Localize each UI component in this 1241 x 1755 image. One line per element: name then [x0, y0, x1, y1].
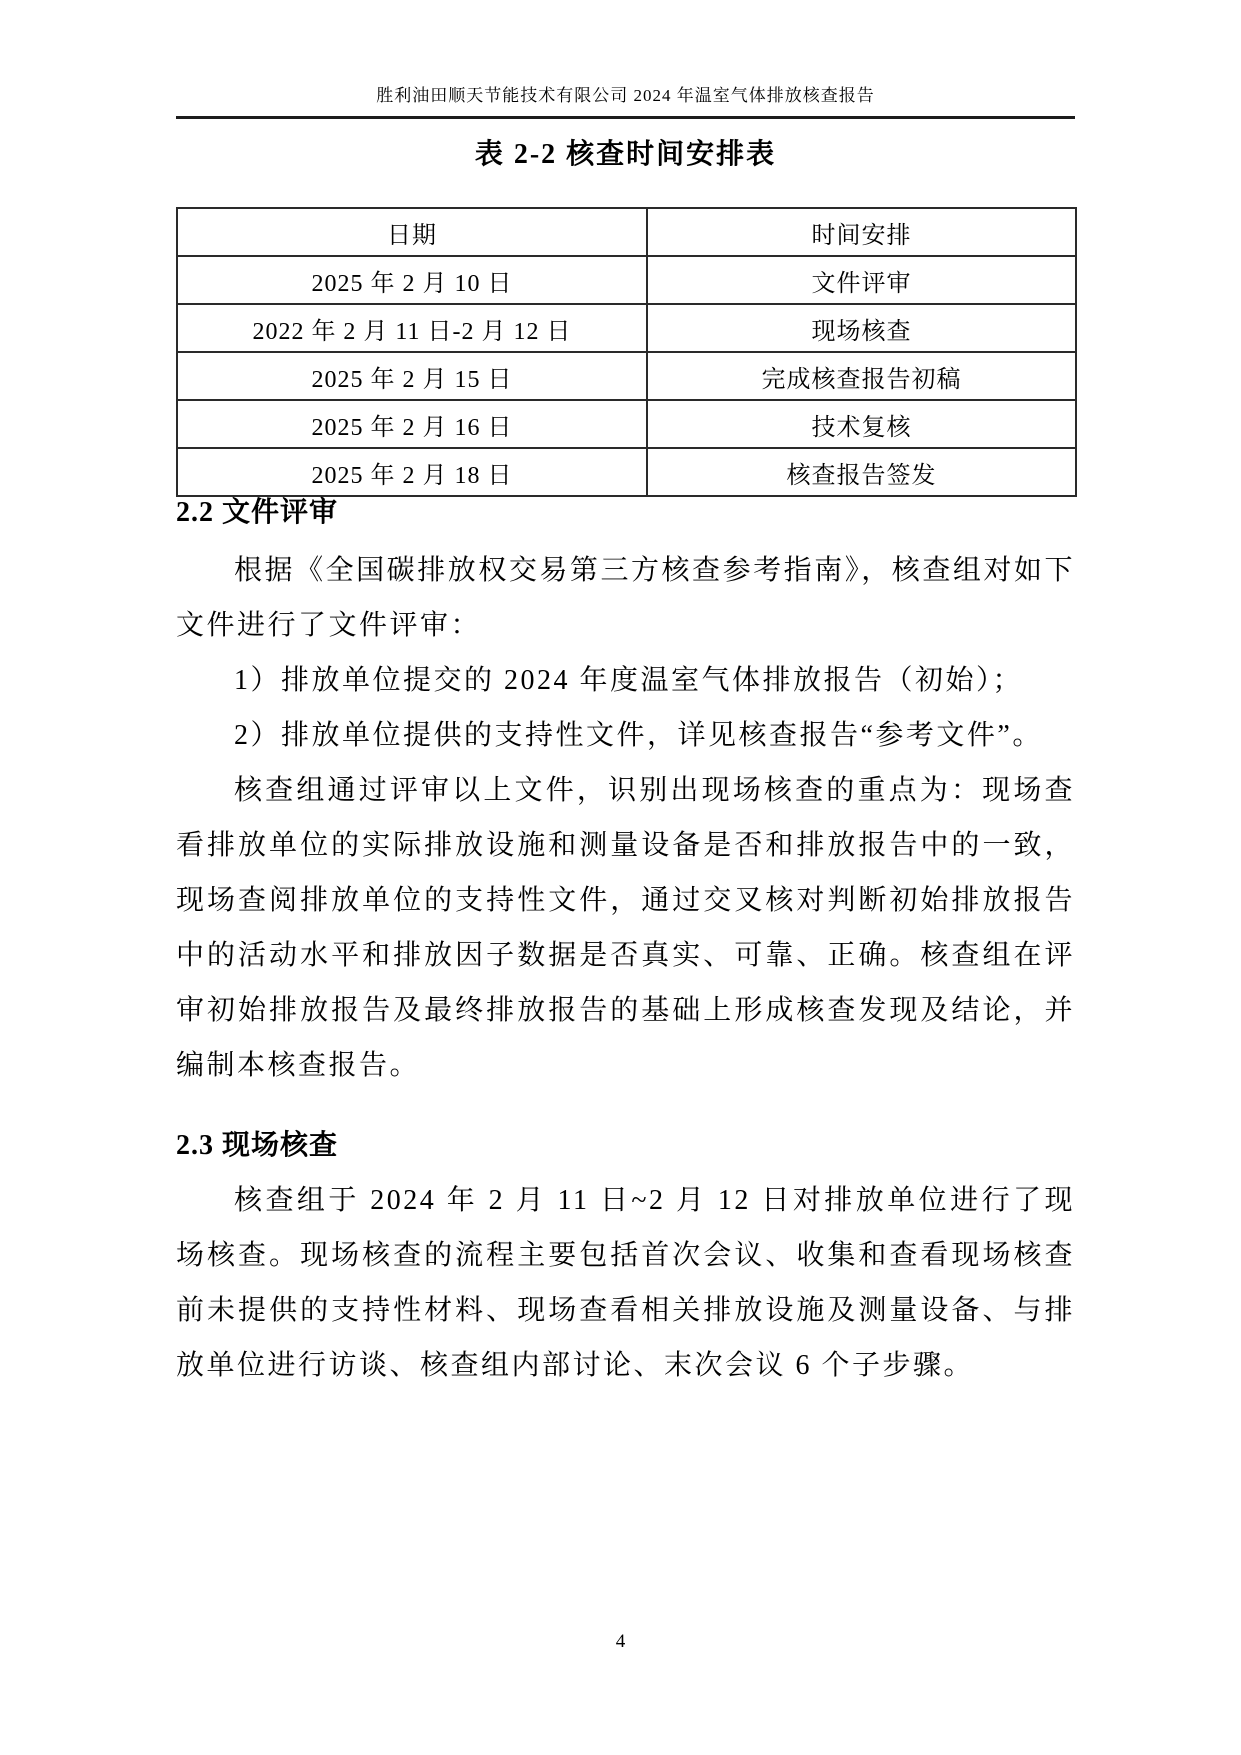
verification-schedule-table: 日期 时间安排 2025 年 2 月 10 日 文件评审 2022 年 2 月 …	[176, 207, 1077, 497]
paragraph: 核查组于 2024 年 2 月 11 日~2 月 12 日对排放单位进行了现场核…	[176, 1173, 1075, 1393]
date-cell: 2025 年 2 月 18 日	[177, 448, 647, 496]
table-row: 2022 年 2 月 11 日-2 月 12 日 现场核查	[177, 304, 1076, 352]
section-document-review: 2.2 文件评审 根据《全国碳排放权交易第三方核查参考指南》，核查组对如下文件进…	[176, 495, 1075, 1093]
list-item-2: 2）排放单位提供的支持性文件，详见核查报告“参考文件”。	[176, 708, 1075, 763]
page-header-title: 胜利油田顺天节能技术有限公司 2024 年温室气体排放核查报告	[176, 84, 1075, 119]
list-item-1: 1）排放单位提交的 2024 年度温室气体排放报告（初始）；	[176, 653, 1075, 708]
arrangement-cell: 现场核查	[647, 304, 1076, 352]
page-number: 4	[0, 1630, 1241, 1654]
table-row: 2025 年 2 月 18 日 核查报告签发	[177, 448, 1076, 496]
column-header-date: 日期	[177, 208, 647, 256]
table-row: 2025 年 2 月 15 日 完成核查报告初稿	[177, 352, 1076, 400]
date-cell: 2025 年 2 月 15 日	[177, 352, 647, 400]
paragraph: 核查组通过评审以上文件，识别出现场核查的重点为：现场查看排放单位的实际排放设施和…	[176, 763, 1075, 1093]
section-heading: 2.2 文件评审	[176, 495, 1075, 531]
table-caption: 表 2-2 核查时间安排表	[176, 139, 1075, 171]
table-row: 2025 年 2 月 10 日 文件评审	[177, 256, 1076, 304]
section-onsite-verification: 2.3 现场核查 核查组于 2024 年 2 月 11 日~2 月 12 日对排…	[176, 1128, 1075, 1393]
arrangement-cell: 完成核查报告初稿	[647, 352, 1076, 400]
table-header-row: 日期 时间安排	[177, 208, 1076, 256]
date-cell: 2022 年 2 月 11 日-2 月 12 日	[177, 304, 647, 352]
arrangement-cell: 技术复核	[647, 400, 1076, 448]
section-heading: 2.3 现场核查	[176, 1128, 1075, 1164]
date-cell: 2025 年 2 月 10 日	[177, 256, 647, 304]
date-cell: 2025 年 2 月 16 日	[177, 400, 647, 448]
document-page: 胜利油田顺天节能技术有限公司 2024 年温室气体排放核查报告 表 2-2 核查…	[0, 0, 1241, 1755]
paragraph: 根据《全国碳排放权交易第三方核查参考指南》，核查组对如下文件进行了文件评审：	[176, 543, 1075, 653]
table-row: 2025 年 2 月 16 日 技术复核	[177, 400, 1076, 448]
arrangement-cell: 文件评审	[647, 256, 1076, 304]
column-header-arrangement: 时间安排	[647, 208, 1076, 256]
arrangement-cell: 核查报告签发	[647, 448, 1076, 496]
